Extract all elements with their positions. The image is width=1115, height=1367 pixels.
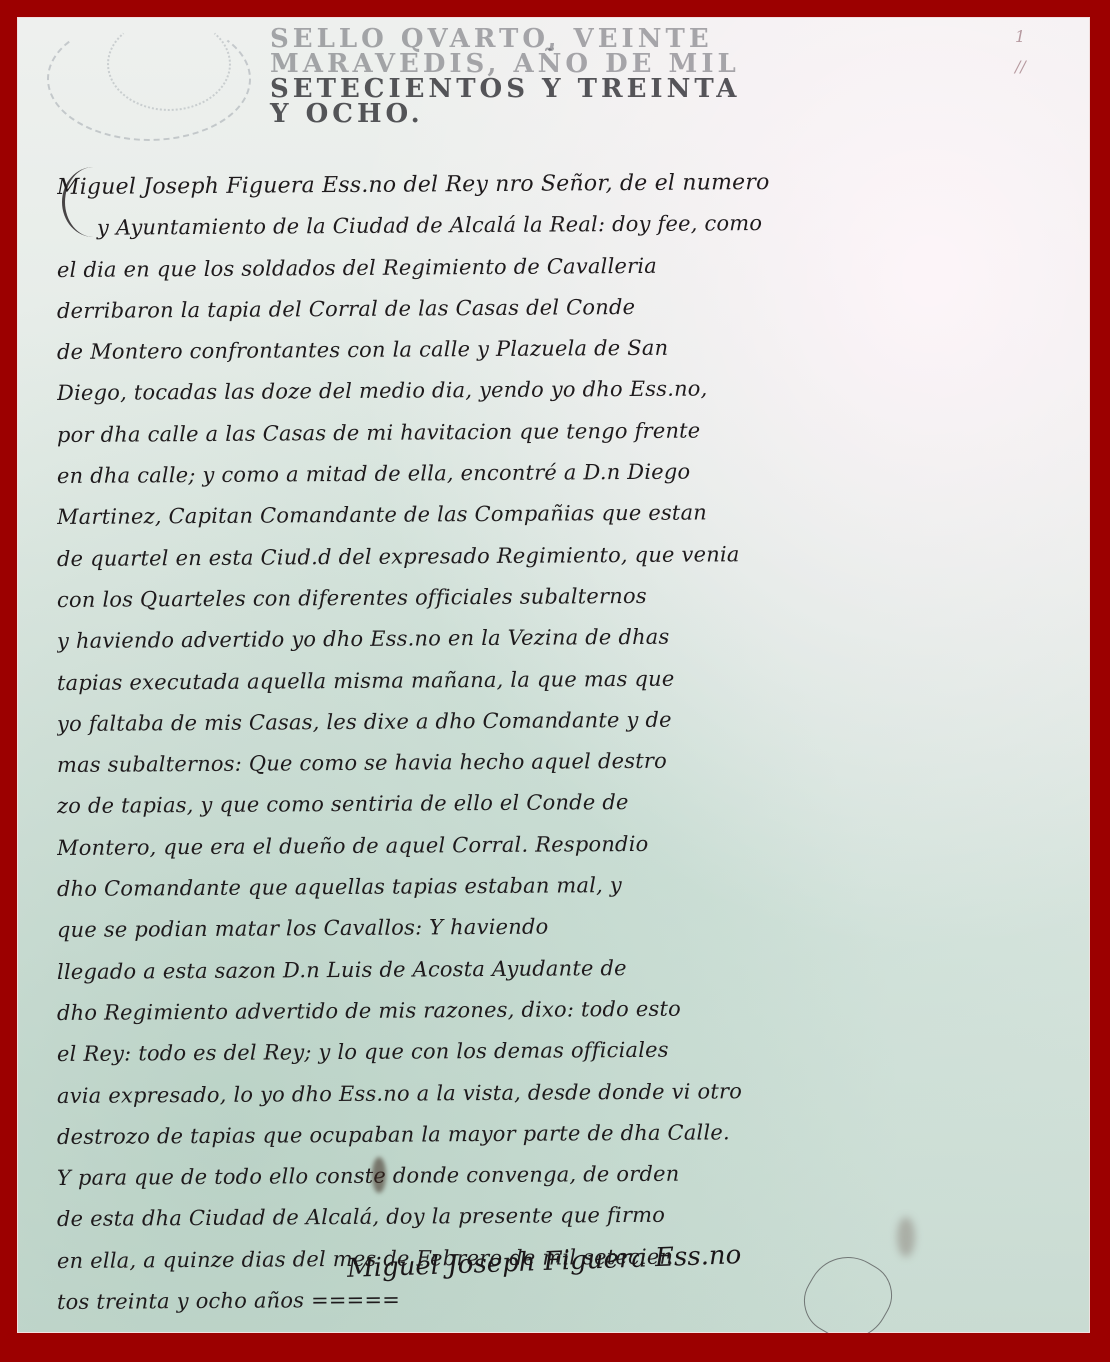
stamp-line-4: Y OCHO. (270, 102, 740, 127)
signature-title: Ess.no (654, 1240, 741, 1273)
stamped-paper-header: SELLO QVARTO, VEINTE MARAVEDIS, AÑO DE M… (270, 27, 740, 127)
margin-note: // (1015, 52, 1070, 82)
faded-seal-inner-ring (107, 17, 231, 111)
margin-annotations: 1 // (1015, 22, 1070, 82)
text-line: avia expresado, lo yo dho Ess.no a la vi… (57, 1069, 1042, 1117)
text-line: Martinez, Capitan Comandante de las Comp… (57, 490, 1042, 538)
text-line: y haviendo advertido yo dho Ess.no en la… (57, 614, 1042, 662)
text-line: destrozo de tapias que ocupaban la mayor… (57, 1110, 1042, 1158)
text-line: zo de tapias, y que como sentiria de ell… (57, 780, 1042, 828)
margin-note: 1 (1015, 22, 1070, 52)
text-line: Diego, tocadas las doze del medio dia, y… (57, 367, 1042, 415)
text-line: dho Comandante que aquellas tapias estab… (57, 862, 1042, 910)
text-line: tapias executada aquella misma mañana, l… (57, 656, 1042, 704)
text-line: Miguel Joseph Figuera Ess.no del Rey nro… (57, 160, 1042, 208)
ink-blot (372, 1157, 386, 1193)
text-line: yo faltaba de mis Casas, les dixe a dho … (57, 697, 1042, 745)
stain (897, 1217, 915, 1257)
text-line: de quartel en esta Ciud.d del expresado … (57, 532, 1042, 580)
text-line: derribaron la tapia del Corral de las Ca… (57, 284, 1042, 332)
text-line: por dha calle a las Casas de mi havitaci… (57, 408, 1042, 456)
text-line: tos treinta y ocho años ===== (57, 1275, 1042, 1323)
text-line: Montero, que era el dueño de aquel Corra… (57, 821, 1042, 869)
manuscript-page: SELLO QVARTO, VEINTE MARAVEDIS, AÑO DE M… (17, 17, 1090, 1333)
handwritten-body: Miguel Joseph Figuera Ess.no del Rey nro… (57, 167, 1042, 1323)
text-line: y Ayuntamiento de la Ciudad de Alcalá la… (57, 201, 1042, 249)
text-line: el dia en que los soldados del Regimient… (57, 243, 1042, 291)
text-line: llegado a esta sazon D.n Luis de Acosta … (57, 945, 1042, 993)
text-line: con los Quarteles con diferentes officia… (57, 573, 1042, 621)
text-line: de esta dha Ciudad de Alcalá, doy la pre… (57, 1193, 1042, 1241)
text-line: que se podian matar los Cavallos: Y havi… (57, 903, 1042, 951)
text-line: dho Regimiento advertido de mis razones,… (57, 986, 1042, 1034)
text-line: en dha calle; y como a mitad de ella, en… (57, 449, 1042, 497)
text-line: el Rey: todo es del Rey; y lo que con lo… (57, 1027, 1042, 1075)
